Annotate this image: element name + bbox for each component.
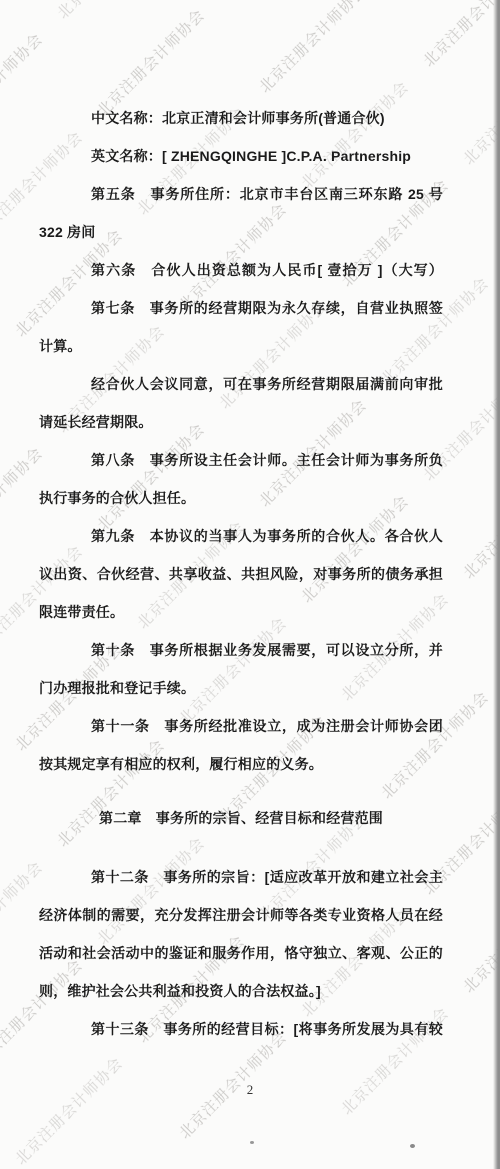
- text-line: 限连带责任。: [39, 593, 443, 631]
- text-line: 请延长经营期限。: [39, 403, 443, 441]
- text-line: 322 房间: [39, 213, 443, 251]
- scan-speck: [250, 1141, 254, 1144]
- text-line: 则，维护社会公共利益和投资人的合法权益。]: [39, 972, 443, 1010]
- text-line: 第八条 事务所设主任会计师。主任会计师为事务所负责人，由: [39, 441, 443, 479]
- text-line: 按其规定享有相应的权利，履行相应的义务。: [39, 745, 443, 783]
- text-line: 第九条 本协议的当事人为事务所的合伙人。各合伙人根据本协: [39, 517, 443, 555]
- text-line: 第十三条 事务所的经营目标：[将事务所发展为具有较高执业: [39, 1010, 443, 1048]
- page-number: 2: [0, 1082, 500, 1098]
- text-line: 第十二条 事务所的宗旨：[适应改革开放和建立社会主义市场: [39, 858, 443, 896]
- text-line: 第六条 合伙人出资总额为人民币[ 壹拾万 ]（大写）元。: [39, 251, 443, 289]
- watermark-text: 北京注册会计师协会: [52, 0, 169, 23]
- text-line: 第七条 事务所的经营期限为永久存续，自营业执照签发之日起: [39, 289, 443, 327]
- text-line: 第二章 事务所的宗旨、经营目标和经营范围: [39, 799, 443, 837]
- document-content: 中文名称：北京正清和会计师事务所(普通合伙) 英文名称：[ ZHENGQINGH…: [39, 99, 443, 1048]
- text-line: 门办理报批和登记手续。: [39, 669, 443, 707]
- text-line: 英文名称：[ ZHENGQINGHE ]C.P.A. Partnership: [39, 137, 443, 175]
- text-line: 计算。: [39, 327, 443, 365]
- text-line: 中文名称：北京正清和会计师事务所(普通合伙): [39, 99, 443, 137]
- text-line: 第五条 事务所住所：北京市丰台区南三环东路 25 号 14 号楼: [39, 175, 443, 213]
- watermark-text: 北京注册会计师协会: [10, 1052, 127, 1169]
- text-line: 第十条 事务所根据业务发展需要，可以设立分所，并向有关部: [39, 631, 443, 669]
- text-line: 执行事务的合伙人担任。: [39, 479, 443, 517]
- scan-speck: [410, 1144, 415, 1148]
- text-line: 第十一条 事务所经批准设立，成为注册会计师协会团体会员，: [39, 707, 443, 745]
- document-page: 北京注册会计师协会北京注册会计师协会北京注册会计师协会北京注册会计师协会北京注册…: [0, 0, 500, 1169]
- scan-edge-shadow: [493, 0, 500, 1169]
- text-line: 活动和社会活动中的鉴证和服务作用，恪守独立、客观、公正的原: [39, 934, 443, 972]
- text-line: 议出资、合伙经营、共享收益、共担风险，对事务所的债务承担无: [39, 555, 443, 593]
- watermark-text: 北京注册会计师协会: [254, 0, 371, 97]
- text-line: 经济体制的需要，充分发挥注册会计师等各类专业资格人员在经济: [39, 896, 443, 934]
- watermark-text: 北京注册会计师协会: [418, 0, 500, 71]
- text-line: 经合伙人会议同意，可在事务所经营期限届满前向审批机关申: [39, 365, 443, 403]
